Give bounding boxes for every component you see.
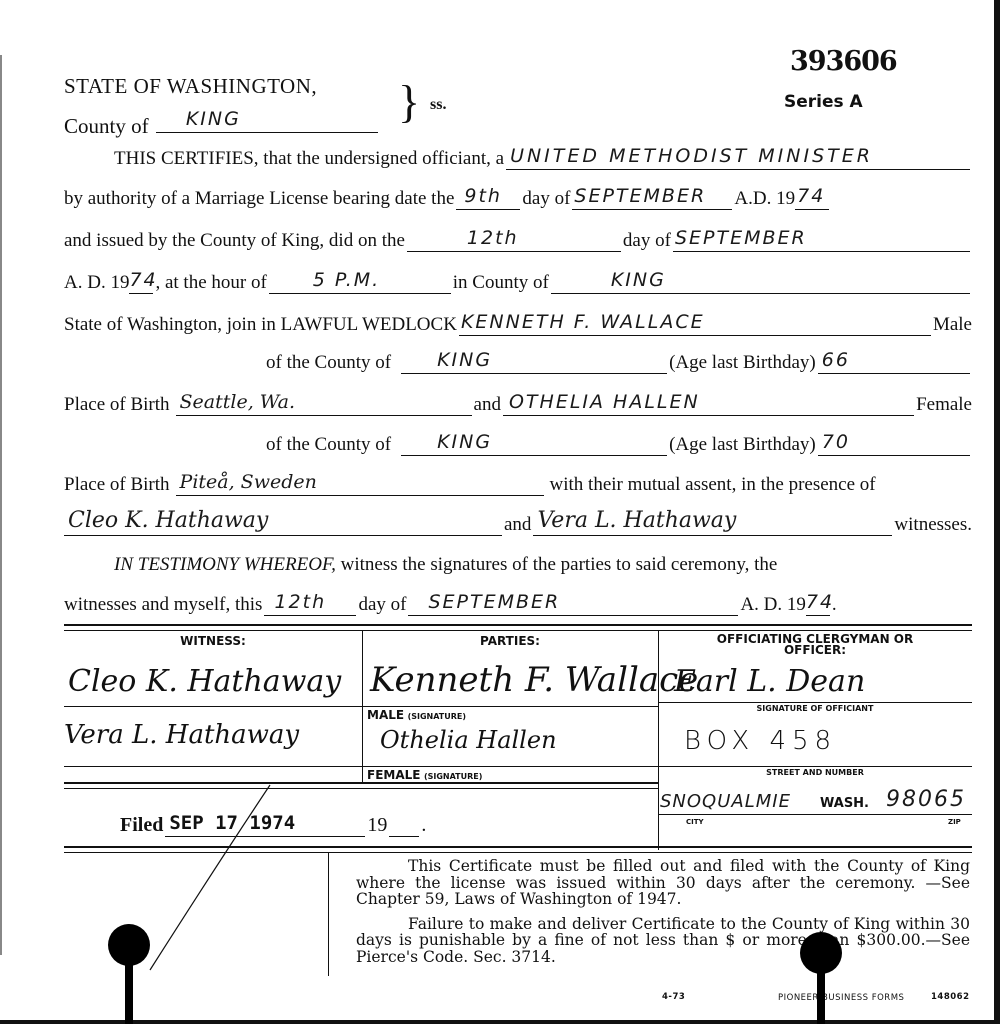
female-label: FEMALE (367, 768, 420, 782)
license-text: by authority of a Marriage License beari… (64, 188, 454, 210)
county-label: in County of (453, 272, 549, 294)
line-myself: witnesses and myself, this 12th day of S… (64, 588, 972, 616)
testimony-day-field[interactable]: 12th (264, 589, 356, 616)
female-county-value: KING (437, 431, 492, 453)
disclaimer-paragraph-2: Failure to make and deliver Certificate … (356, 916, 970, 966)
divider (658, 702, 972, 703)
testimony-day-value: 12th (274, 591, 326, 613)
male-birthplace-value: Seattle, Wa. (180, 391, 296, 413)
license-day-value: 9th (464, 185, 502, 207)
day-of-label: day of (623, 230, 671, 252)
disclaimer: This Certificate must be filled out and … (356, 858, 970, 973)
testimony-year-field[interactable]: 74 (806, 589, 830, 616)
wash-label: WASH. (820, 796, 869, 811)
female-age-field[interactable]: 70 (818, 429, 970, 456)
male-age-value: 66 (822, 349, 850, 371)
county-label: of the County of (266, 352, 391, 374)
and-label: and (474, 394, 501, 416)
license-year-field[interactable]: 74 (795, 183, 829, 210)
day-of-label: day of (522, 188, 570, 210)
city-value[interactable]: SNOQUALMIE (660, 791, 791, 812)
witness2-value: Vera L. Hathaway (537, 508, 736, 533)
county-field[interactable]: KING (156, 106, 378, 133)
scan-edge-left (0, 55, 2, 955)
witness1-field[interactable]: Cleo K. Hathaway (64, 509, 502, 536)
disclaimer-paragraph-1: This Certificate must be filled out and … (356, 858, 970, 908)
testimony-month-value: SEPTEMBER (428, 591, 560, 613)
ceremony-day-field[interactable]: 12th (407, 225, 621, 252)
divider (362, 706, 658, 707)
age-label: (Age last Birthday) (669, 352, 816, 374)
pen-stroke (130, 780, 330, 1020)
female-name-field[interactable]: OTHELIA HALLEN (503, 389, 914, 416)
male-signature-label: MALE (SIGNATURE) (367, 708, 466, 722)
certifies-heading: THIS CERTIFIES, (114, 148, 259, 170)
ss-label: ss. (430, 96, 446, 114)
line-male-birth: Place of Birth Seattle, Wa. and OTHELIA … (64, 388, 972, 416)
ad-label: A. D. 19 (64, 272, 129, 294)
male-name-value: KENNETH F. WALLACE (461, 311, 705, 333)
line-issued: and issued by the County of King, did on… (64, 224, 972, 252)
license-month-field[interactable]: SEPTEMBER (572, 183, 732, 210)
male-county-value: KING (437, 349, 492, 371)
filed-year-field[interactable] (389, 810, 419, 837)
female-birthplace-field[interactable]: Piteå, Sweden (176, 469, 544, 496)
state-label: STATE OF WASHINGTON, (64, 74, 317, 99)
male-birthplace-field[interactable]: Seattle, Wa. (176, 389, 472, 416)
line-hour: A. D. 19 74 , at the hour of 5 P.M. in C… (64, 266, 972, 294)
license-year-value: 74 (797, 185, 825, 207)
line-female-birth: Place of Birth Piteå, Sweden with their … (64, 468, 972, 496)
line-license: by authority of a Marriage License beari… (64, 182, 972, 210)
assent-text: with their mutual assent, in the presenc… (550, 474, 876, 496)
parties-header: PARTIES: (362, 634, 658, 648)
wedlock-label: LAWFUL WEDLOCK (281, 314, 457, 336)
female-birthplace-value: Piteå, Sweden (180, 471, 317, 493)
wedlock-text: State of Washington, join in (64, 314, 276, 336)
ceremony-year-value: 74 (129, 269, 157, 291)
city-zip-line: SNOQUALMIE WASH. 98065 (660, 790, 972, 814)
witness2-field[interactable]: Vera L. Hathaway (533, 509, 892, 536)
divider (658, 766, 972, 767)
divider (362, 766, 658, 767)
female-name-value: OTHELIA HALLEN (509, 391, 700, 413)
scan-edge-bottom (0, 1020, 1000, 1024)
age-label: (Age last Birthday) (669, 434, 816, 456)
myself-text: witnesses and myself, this (64, 594, 262, 616)
divider (64, 624, 972, 631)
form-date: 4-73 (662, 992, 685, 1002)
officiant-title-value: UNITED METHODIST MINISTER (510, 145, 873, 167)
male-label: Male (933, 314, 972, 336)
officiant-signature[interactable]: Earl L. Dean (674, 664, 865, 699)
female-age-value: 70 (822, 431, 850, 453)
female-county-field[interactable]: KING (401, 429, 667, 456)
officiant-header: OFFICIATING CLERGYMAN OR OFFICER: (658, 634, 972, 656)
witness-header: WITNESS: (64, 634, 362, 648)
zip-value[interactable]: 98065 (886, 787, 966, 812)
certificate-number: 393606 (790, 46, 897, 77)
testimony-text: witness the signatures of the parties to… (341, 554, 778, 576)
birth-label: Place of Birth (64, 394, 170, 416)
license-day-field[interactable]: 9th (456, 183, 520, 210)
line-wedlock: State of Washington, join in LAWFUL WEDL… (64, 308, 972, 336)
officiant-header-line2: OFFICER: (658, 645, 972, 656)
day-of-label: day of (358, 594, 406, 616)
scan-edge (994, 0, 1000, 1024)
birth-label: Place of Birth (64, 474, 170, 496)
city-label: CITY (686, 818, 704, 826)
witness1-signature[interactable]: Cleo K. Hathaway (68, 664, 341, 699)
and-label: and (504, 514, 531, 536)
male-county-field[interactable]: KING (401, 347, 667, 374)
officiant-signature-label: SIGNATURE OF OFFICIANT (658, 704, 972, 713)
ceremony-year-field[interactable]: 74 (129, 267, 153, 294)
hole-punch-stem (817, 968, 825, 1024)
signature-sub-label: (SIGNATURE) (408, 712, 466, 721)
county-label: of the County of (266, 434, 391, 456)
ad-label: A. D. 19 (740, 594, 805, 616)
female-signature-label: FEMALE (SIGNATURE) (367, 768, 482, 782)
ad-label: A.D. 19 (734, 188, 795, 210)
street-label: STREET AND NUMBER (658, 768, 972, 777)
form-number: 148062 (931, 992, 970, 1002)
county-value: KING (186, 108, 241, 130)
divider (64, 706, 362, 707)
hour-label: , at the hour of (155, 272, 266, 294)
ceremony-month-value: SEPTEMBER (675, 227, 807, 249)
ceremony-month-field[interactable]: SEPTEMBER (673, 225, 970, 252)
street-value[interactable]: BOX 458 (684, 726, 837, 756)
hour-field[interactable]: 5 P.M. (269, 267, 451, 294)
series-label: Series A (784, 92, 863, 112)
line-witnesses: Cleo K. Hathaway and Vera L. Hathaway wi… (64, 508, 972, 536)
testimony-heading: IN TESTIMONY WHEREOF, (114, 554, 336, 576)
hole-punch-stem (125, 960, 133, 1024)
witness1-value: Cleo K. Hathaway (68, 508, 268, 533)
certifies-text: that the undersigned officiant, a (263, 148, 504, 170)
witnesses-label: witnesses. (894, 514, 972, 536)
male-name-field[interactable]: KENNETH F. WALLACE (459, 309, 931, 336)
line-male-county: of the County of KING (Age last Birthday… (64, 346, 972, 374)
male-age-field[interactable]: 66 (818, 347, 970, 374)
license-month-value: SEPTEMBER (574, 185, 706, 207)
divider (658, 814, 972, 815)
witness2-signature[interactable]: Vera L. Hathaway (64, 720, 299, 750)
line-testimony: IN TESTIMONY WHEREOF, witness the signat… (64, 548, 972, 576)
officiant-title-field[interactable]: UNITED METHODIST MINISTER (506, 143, 970, 170)
line-female-county: of the County of KING (Age last Birthday… (64, 428, 972, 456)
brace-symbol: } (398, 72, 420, 132)
ceremony-day-value: 12th (467, 227, 519, 249)
line-certifies: THIS CERTIFIES, that the undersigned off… (64, 142, 972, 170)
divider (64, 766, 362, 767)
county-line: County of KING (64, 106, 380, 139)
testimony-month-field[interactable]: SEPTEMBER (408, 589, 738, 616)
zip-label: ZIP (948, 818, 961, 826)
ceremony-county-field[interactable]: KING (551, 267, 970, 294)
male-label: MALE (367, 708, 404, 722)
hour-value: 5 P.M. (313, 269, 380, 291)
male-signature[interactable]: Kenneth F. Wallace (370, 660, 698, 700)
female-label: Female (916, 394, 972, 416)
county-label: County of (64, 114, 149, 138)
filed-year-prefix: 19 (367, 814, 387, 837)
period: . (421, 814, 426, 837)
ceremony-county-value: KING (611, 269, 666, 291)
issued-text: and issued by the County of King, did on… (64, 230, 405, 252)
testimony-year-value: 74 (806, 591, 834, 613)
printer-name: PIONEER BUSINESS FORMS (778, 993, 904, 1003)
female-signature[interactable]: Othelia Hallen (380, 726, 557, 754)
signature-sub-label: (SIGNATURE) (424, 772, 482, 781)
